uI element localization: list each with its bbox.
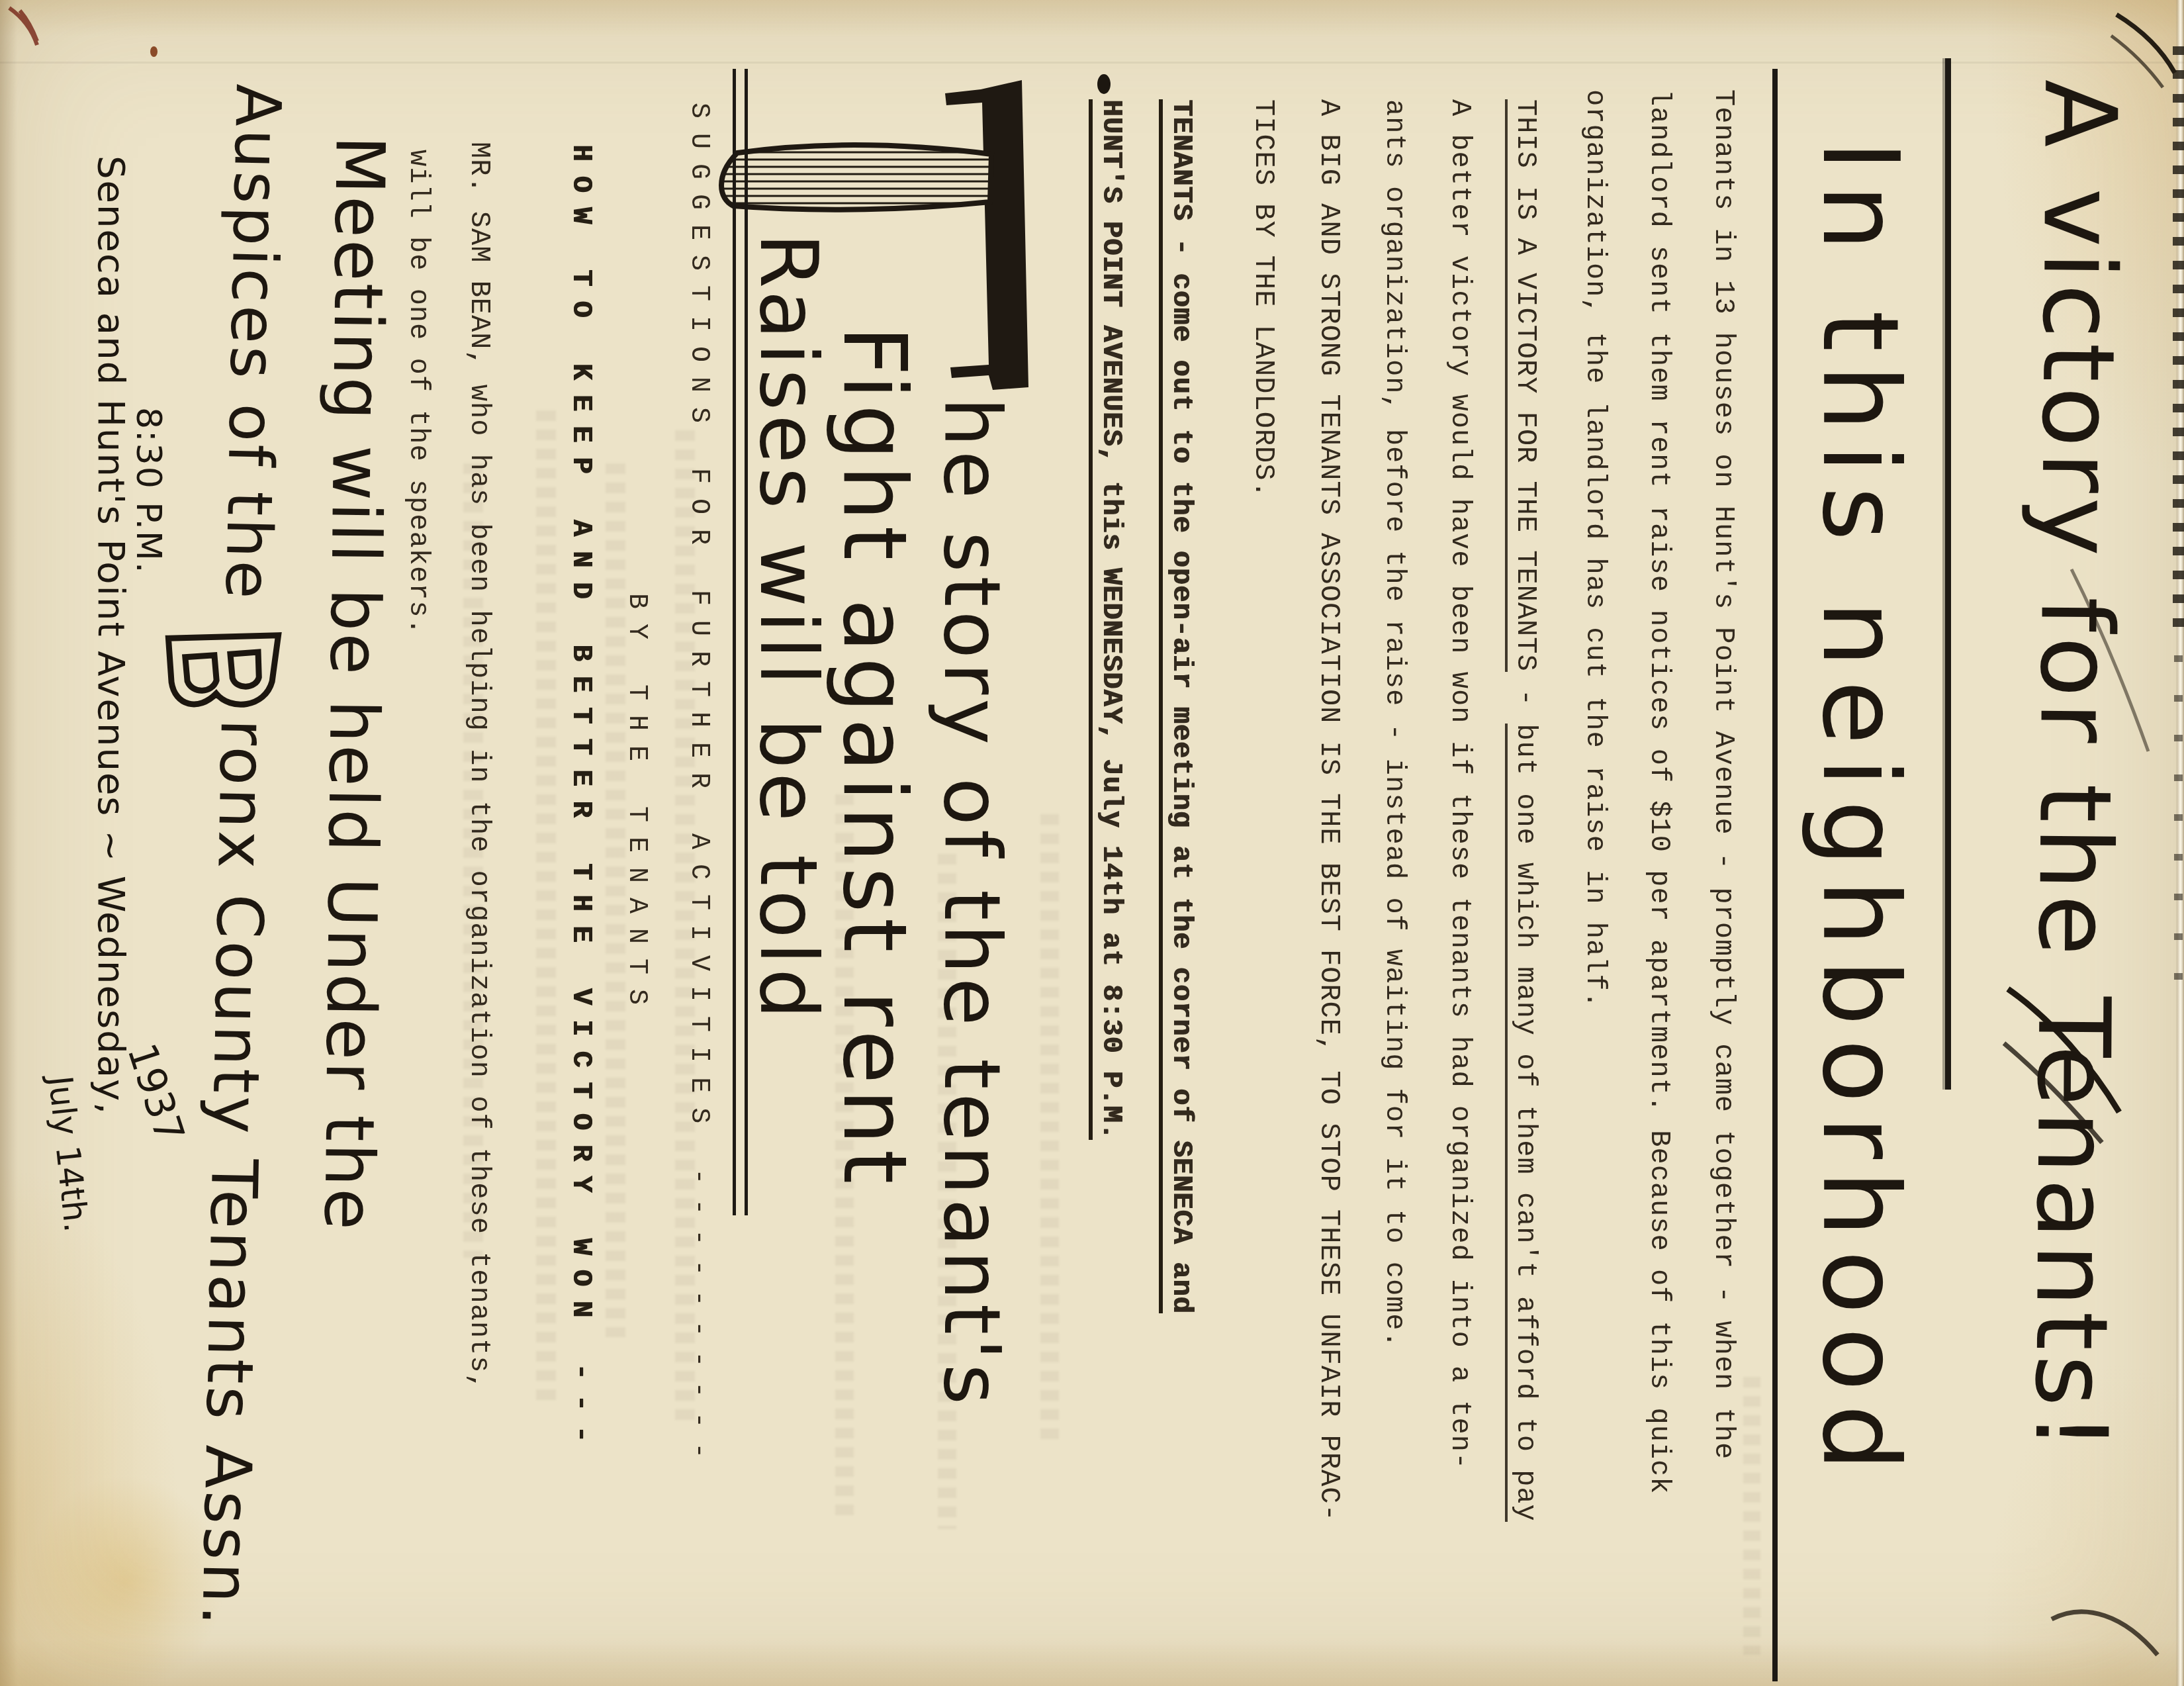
victory-line: A BIG AND STRONG TENANTS ASSOCIATION IS … [1296,99,1361,1522]
intro-line: landlord sent them rent raise notices of… [1627,89,1691,1495]
victory-line-underlined: THIS IS A VICTORY FOR THE TENANTS - but … [1492,99,1558,1522]
closing-date: July 14th. [41,1074,95,1234]
victory-line: A better victory would have been won if … [1427,99,1492,1522]
title-line2: In this neighborhood [1799,140,1921,1484]
story-line2: Fight against rent [823,326,925,1190]
victory-paragraph: THIS IS A VICTORY FOR THE TENANTS - but … [1230,99,1558,1522]
decorative-initial-b [159,618,287,720]
speaker-line1: MR. SAM BEAN, who has been helping in th… [463,142,495,1391]
ink-blob [1097,74,1111,94]
closing-auspices-pre: Auspices of the [211,83,294,602]
scan-edge-marks [2174,655,2183,1000]
meeting-call-line: HUNT'S POINT AVENUES, this WEDNESDAY, Ju… [1076,99,1146,1313]
victory-seg2: but one which many of them can't afford … [1505,724,1541,1521]
closing-org-rest: ronx County Tenants Assn. [187,718,281,1629]
title-line1: A victory for the Tenants! [2013,79,2138,1456]
closing-time: 8:30 P.M. [128,407,168,574]
speaker-line2: will be one of the speakers. [402,150,434,635]
intro-paragraph: Tenants in 13 houses on Hunt's Point Ave… [1563,89,1755,1495]
bleed-through-text [1040,814,1059,1443]
title-underline2 [1772,69,1778,1681]
suggestions-topic: HOW TO KEEP AND BETTER THE VICTORY WON -… [565,144,597,1457]
section-divider [733,69,748,1215]
flyer-page: A victory for the Tenants! In this neigh… [0,0,2184,1686]
meeting-call-text: TENANTS - come out to the open-air meeti… [1159,99,1197,1313]
victory-sep: - [1510,672,1541,724]
victory-seg1: THIS IS A VICTORY FOR THE TENANTS [1505,99,1541,672]
meeting-call-line: TENANTS - come out to the open-air meeti… [1146,99,1216,1313]
closing-venue: Seneca and Hunt's Point Avenues ~ Wednes… [89,156,132,1115]
suggestions-byline: BY THE TENANTS [621,593,651,1019]
intro-line: Tenants in 13 houses on Hunt's Point Ave… [1691,89,1755,1495]
scan-edge-marks [2173,46,2184,642]
meeting-call-text: HUNT'S POINT AVENUES, this WEDNESDAY, Ju… [1089,99,1127,1140]
victory-line: ants organization, before the raise - in… [1361,99,1427,1522]
red-mark [150,46,158,57]
pen-scribble [2045,1575,2164,1681]
story-line3: Raises will be told [742,233,834,1023]
closing-auspices-row: Auspices of the ronx County Tenants Assn… [140,82,294,1629]
red-mark [3,4,42,50]
closing-line1: Meeting will be held Under the [308,135,398,1232]
title-underline [1945,58,1951,1090]
suggestions-heading: SUGGESTIONS FOR FURTHER ACTIVITIES -----… [684,103,713,1473]
meeting-call: TENANTS - come out to the open-air meeti… [1076,99,1216,1313]
victory-line: TICES BY THE LANDLORDS. [1230,99,1296,1522]
scanned-flyer: A victory for the Tenants! In this neigh… [0,0,2184,1686]
scan-line [0,62,2184,64]
story-line1: he story of the tenant's [927,397,1018,1409]
intro-line: organization, the landlord has cut the r… [1563,89,1627,1495]
bleed-through-text [536,410,556,1403]
